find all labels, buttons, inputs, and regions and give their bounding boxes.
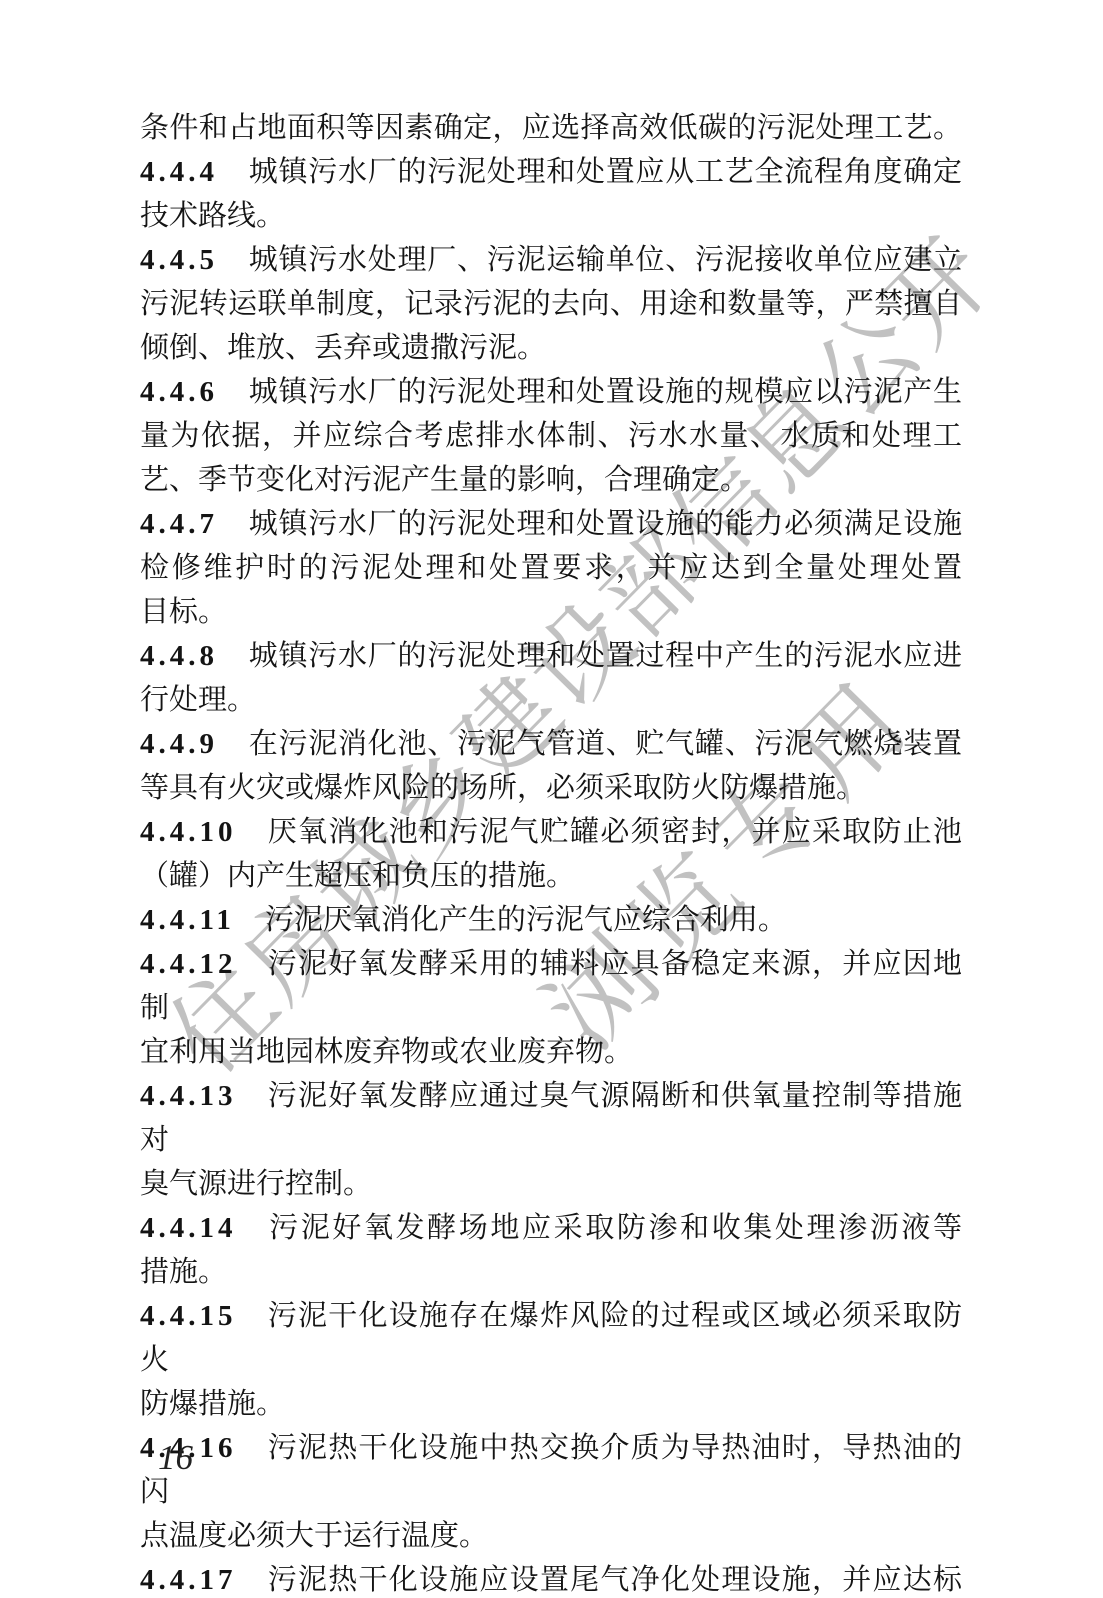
clause-number: 4.4.12: [140, 948, 237, 980]
clause-number: 4.4.15: [140, 1300, 237, 1332]
clause-number: 4.4.6: [140, 376, 218, 408]
clause-line: 污泥转运联单制度，记录污泥的去向、用途和数量等，严禁擅自: [140, 282, 962, 326]
clause-line: 目标。: [140, 590, 962, 634]
clause-text: 污泥好氧发酵场地应采取防渗和收集处理渗沥液等: [267, 1212, 963, 1244]
clause-text: 宜利用当地园林废弃物或农业废弃物。: [140, 1036, 633, 1068]
clause-text: （罐）内产生超压和负压的措施。: [140, 860, 575, 892]
clause-line: 4.4.15污泥干化设施存在爆炸风险的过程或区域必须采取防火: [140, 1294, 962, 1382]
clause-number: 4.4.7: [140, 508, 218, 540]
clause-line: 4.4.11污泥厌氧消化产生的污泥气应综合利用。: [140, 898, 962, 942]
clause-number: 4.4.13: [140, 1080, 237, 1112]
clause-number: 4.4.9: [140, 728, 218, 760]
clause-text: 倾倒、堆放、丢弃或遗撒污泥。: [140, 332, 546, 364]
clause-line: 检修维护时的污泥处理和处置要求，并应达到全量处理处置: [140, 546, 962, 590]
clause-text: 行处理。: [140, 684, 256, 716]
clause-number: 4.4.17: [140, 1564, 237, 1596]
clause-line: 4.4.8城镇污水厂的污泥处理和处置过程中产生的污泥水应进: [140, 634, 962, 678]
clause-text: 污泥好氧发酵应通过臭气源隔断和供氧量控制等措施对: [140, 1080, 962, 1156]
clause-line: 点温度必须大于运行温度。: [140, 1514, 962, 1558]
clause-text: 点温度必须大于运行温度。: [140, 1520, 488, 1552]
clause-line: 倾倒、堆放、丢弃或遗撒污泥。: [140, 326, 962, 370]
clause-number: 4.4.4: [140, 156, 218, 188]
clause-line: 技术路线。: [140, 194, 962, 238]
clause-line: 措施。: [140, 1250, 962, 1294]
clause-text: 量为依据，并应综合考虑排水体制、污水水量、水质和处理工: [140, 420, 962, 452]
clause-line: 4.4.7城镇污水厂的污泥处理和处置设施的能力必须满足设施: [140, 502, 962, 546]
text-block: 条件和占地面积等因素确定，应选择高效低碳的污泥处理工艺。4.4.4城镇污水厂的污…: [140, 106, 962, 1598]
clause-line: 4.4.10厌氧消化池和污泥气贮罐必须密封，并应采取防止池: [140, 810, 962, 854]
clause-text: 城镇污水厂的污泥处理和处置应从工艺全流程角度确定: [248, 156, 962, 188]
clause-text: 厌氧消化池和污泥气贮罐必须密封，并应采取防止池: [267, 816, 963, 848]
clause-line: 防爆措施。: [140, 1382, 962, 1426]
document-page: 住房城乡建设部信息公开 浏览专用 条件和占地面积等因素确定，应选择高效低碳的污泥…: [0, 0, 1103, 1598]
page-number: 16: [158, 1438, 193, 1478]
clause-line: 4.4.4城镇污水厂的污泥处理和处置应从工艺全流程角度确定: [140, 150, 962, 194]
clause-text: 检修维护时的污泥处理和处置要求，并应达到全量处理处置: [140, 552, 962, 584]
clause-line: 4.4.12污泥好氧发酵采用的辅料应具备稳定来源，并应因地制: [140, 942, 962, 1030]
clause-text: 污泥转运联单制度，记录污泥的去向、用途和数量等，严禁擅自: [140, 288, 962, 320]
clause-text: 技术路线。: [140, 200, 285, 232]
clause-text: 污泥热干化设施中热交换介质为导热油时，导热油的闪: [140, 1432, 962, 1508]
clause-text: 在污泥消化池、污泥气管道、贮气罐、污泥气燃烧装置: [248, 728, 962, 760]
clause-text: 城镇污水处理厂、污泥运输单位、污泥接收单位应建立: [248, 244, 962, 276]
clause-number: 4.4.5: [140, 244, 218, 276]
clause-text: 臭气源进行控制。: [140, 1168, 372, 1200]
clause-line: 艺、季节变化对污泥产生量的影响，合理确定。: [140, 458, 962, 502]
clause-text: 污泥干化设施存在爆炸风险的过程或区域必须采取防火: [140, 1300, 962, 1376]
clause-line: 4.4.6城镇污水厂的污泥处理和处置设施的规模应以污泥产生: [140, 370, 962, 414]
clause-number: 4.4.10: [140, 816, 237, 848]
clause-number: 4.4.11: [140, 904, 235, 936]
clause-line: 4.4.17污泥热干化设施应设置尾气净化处理设施，并应达标: [140, 1558, 962, 1598]
clause-text: 污泥厌氧消化产生的污泥气应综合利用。: [265, 904, 787, 936]
clause-line: 4.4.13污泥好氧发酵应通过臭气源隔断和供氧量控制等措施对: [140, 1074, 962, 1162]
clause-text: 城镇污水厂的污泥处理和处置过程中产生的污泥水应进: [248, 640, 962, 672]
clause-number: 4.4.8: [140, 640, 218, 672]
clause-line: 4.4.9在污泥消化池、污泥气管道、贮气罐、污泥气燃烧装置: [140, 722, 962, 766]
clause-text: 防爆措施。: [140, 1388, 285, 1420]
clause-text: 条件和占地面积等因素确定，应选择高效低碳的污泥处理工艺。: [140, 112, 962, 144]
clause-text: 措施。: [140, 1256, 227, 1288]
clause-text: 污泥好氧发酵采用的辅料应具备稳定来源，并应因地制: [140, 948, 962, 1024]
clause-text: 目标。: [140, 596, 227, 628]
clause-line: 4.4.14污泥好氧发酵场地应采取防渗和收集处理渗沥液等: [140, 1206, 962, 1250]
clause-line: 臭气源进行控制。: [140, 1162, 962, 1206]
clause-number: 4.4.14: [140, 1212, 237, 1244]
clause-line: 宜利用当地园林废弃物或农业废弃物。: [140, 1030, 962, 1074]
clause-text: 城镇污水厂的污泥处理和处置设施的能力必须满足设施: [248, 508, 962, 540]
clause-text: 等具有火灾或爆炸风险的场所，必须采取防火防爆措施。: [140, 772, 865, 804]
clause-text: 污泥热干化设施应设置尾气净化处理设施，并应达标: [267, 1564, 963, 1596]
clause-line: 条件和占地面积等因素确定，应选择高效低碳的污泥处理工艺。: [140, 106, 962, 150]
clause-line: 行处理。: [140, 678, 962, 722]
clause-line: 4.4.5城镇污水处理厂、污泥运输单位、污泥接收单位应建立: [140, 238, 962, 282]
clause-text: 艺、季节变化对污泥产生量的影响，合理确定。: [140, 464, 749, 496]
clause-text: 城镇污水厂的污泥处理和处置设施的规模应以污泥产生: [248, 376, 962, 408]
clause-line: （罐）内产生超压和负压的措施。: [140, 854, 962, 898]
clause-line: 量为依据，并应综合考虑排水体制、污水水量、水质和处理工: [140, 414, 962, 458]
clause-line: 等具有火灾或爆炸风险的场所，必须采取防火防爆措施。: [140, 766, 962, 810]
clause-line: 4.4.16污泥热干化设施中热交换介质为导热油时，导热油的闪: [140, 1426, 962, 1514]
